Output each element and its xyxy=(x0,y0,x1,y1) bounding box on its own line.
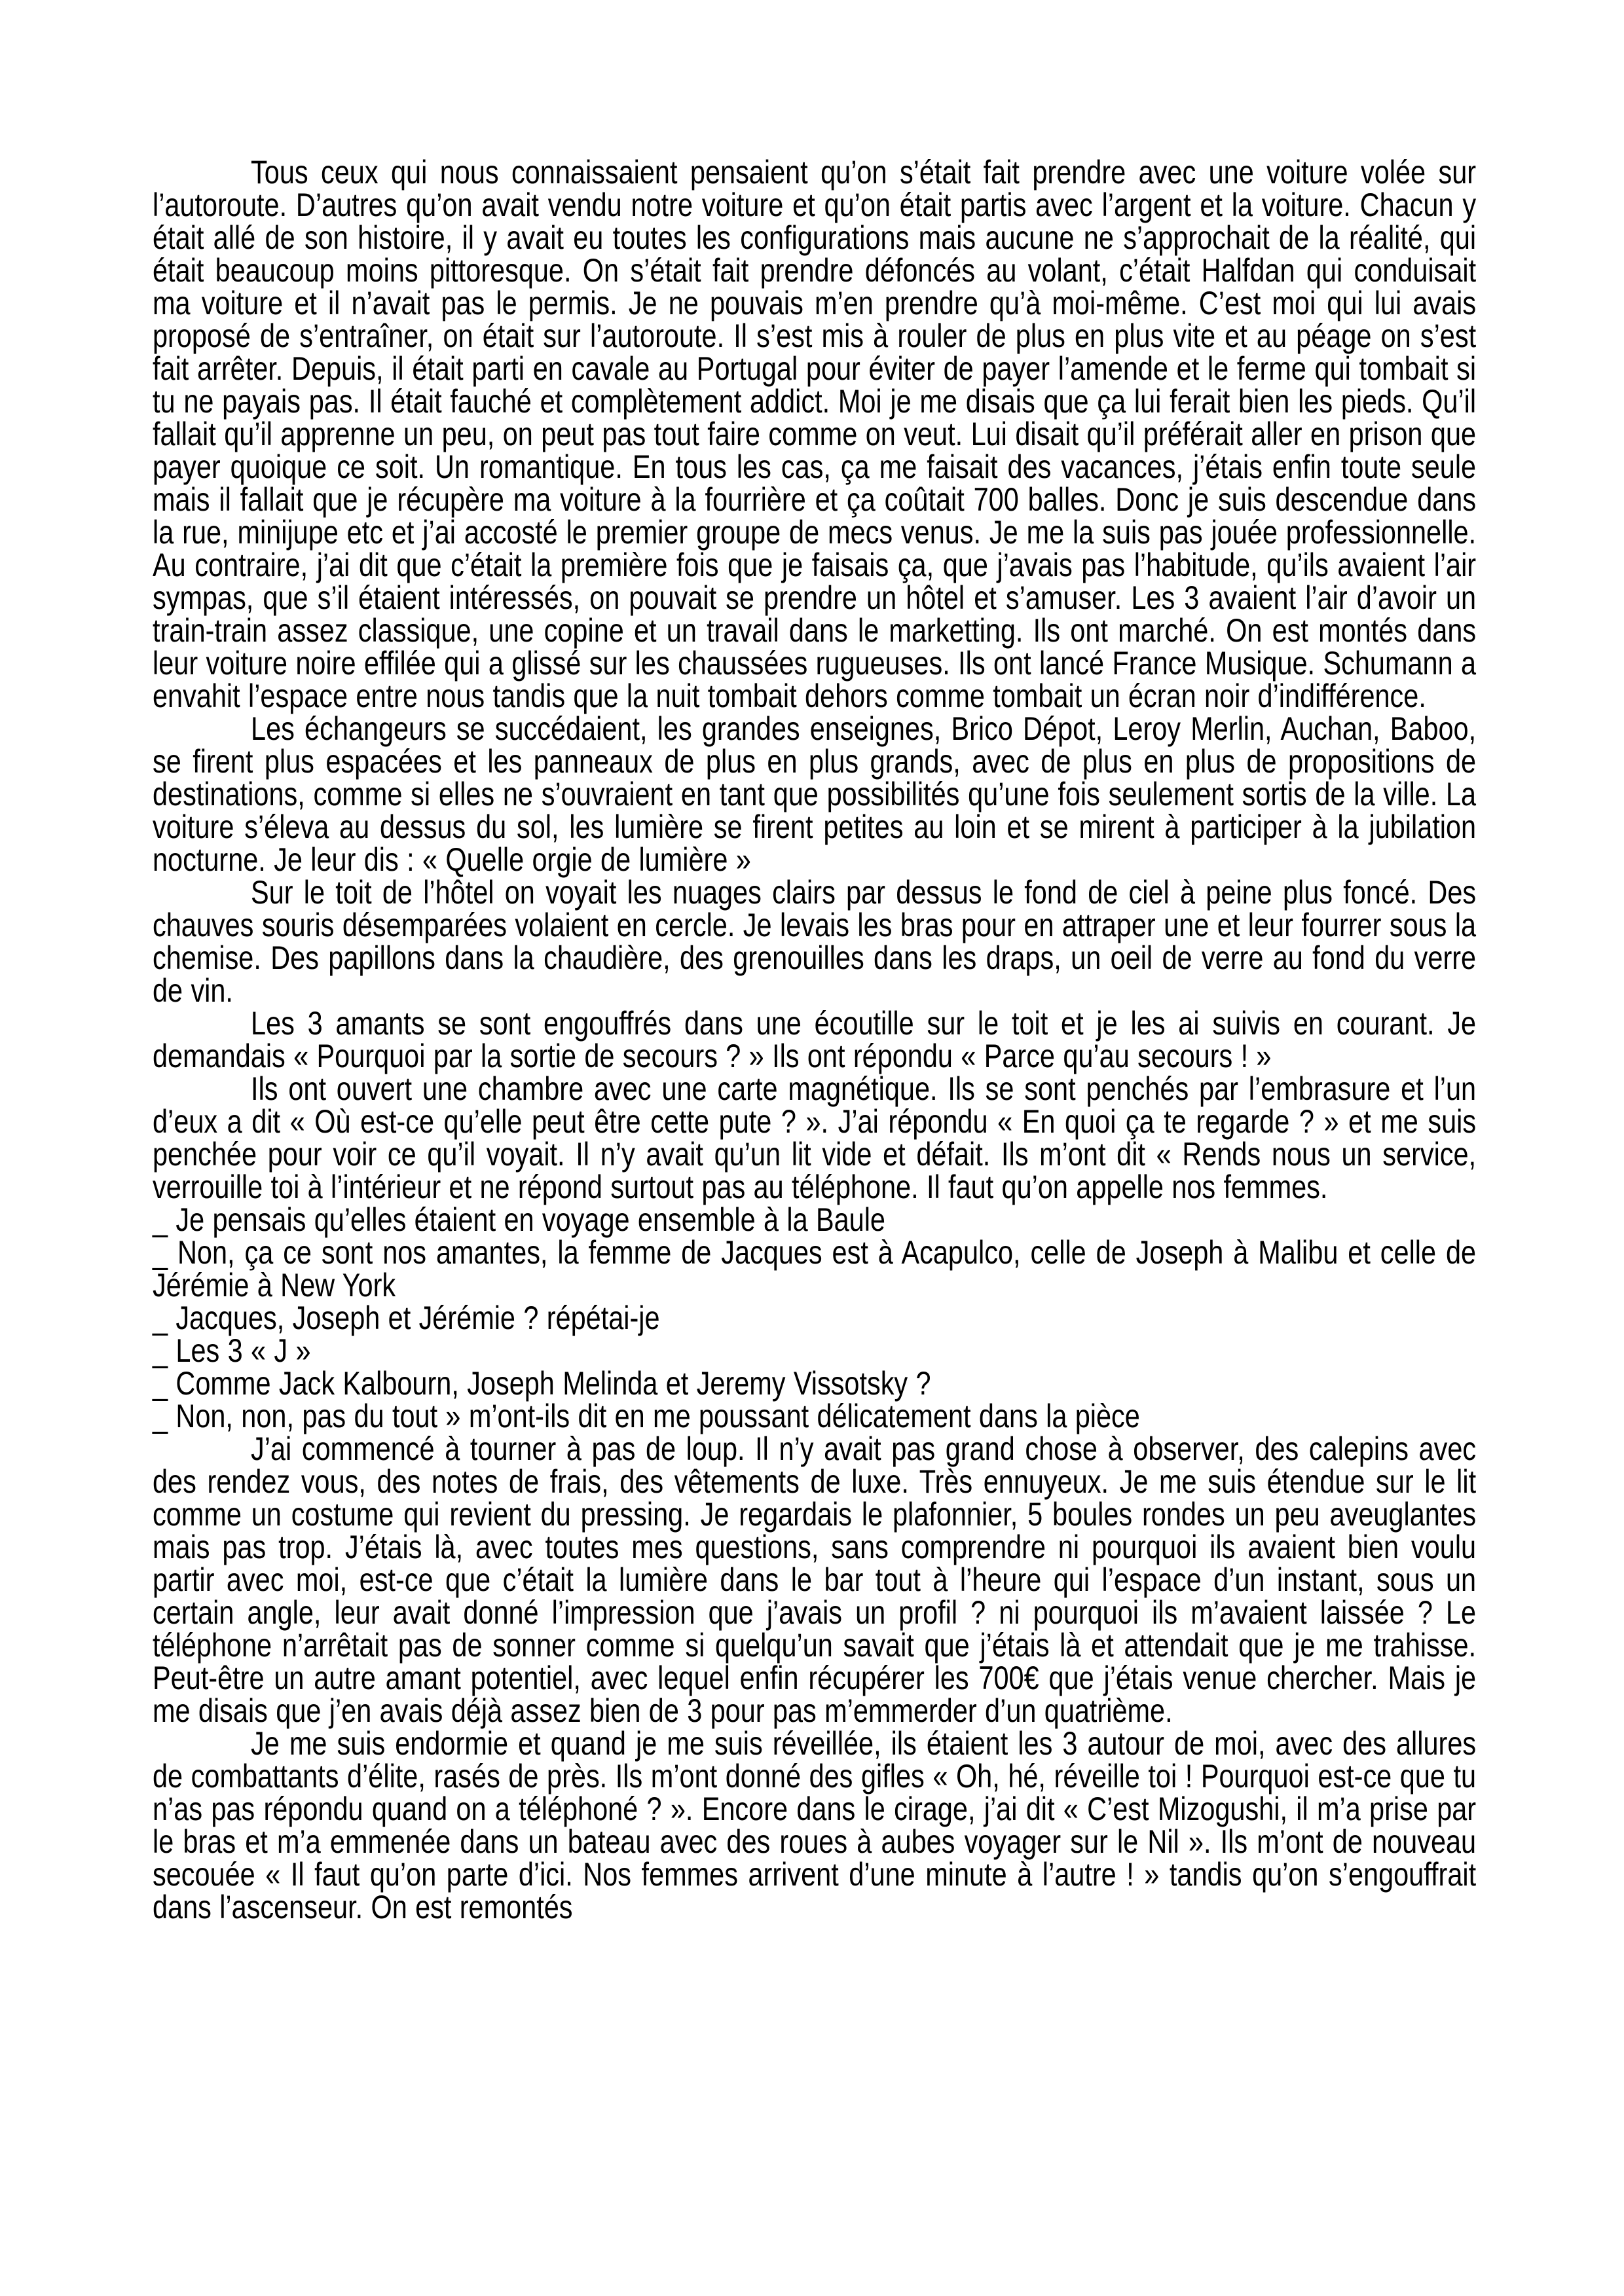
paragraph: Tous ceux qui nous connaissaient pensaie… xyxy=(153,156,1476,712)
dialogue-line: _ Comme Jack Kalbourn, Joseph Melinda et… xyxy=(153,1367,1476,1400)
dialogue-line: _ Je pensais qu’elles étaient en voyage … xyxy=(153,1203,1476,1236)
paragraph: Sur le toit de l’hôtel on voyait les nua… xyxy=(153,876,1476,1007)
document-body: Tous ceux qui nous connaissaient pensaie… xyxy=(153,156,1476,1923)
paragraph: Je me suis endormie et quand je me suis … xyxy=(153,1727,1476,1923)
dialogue-line: _ Non, ça ce sont nos amantes, la femme … xyxy=(153,1236,1476,1302)
paragraph: J’ai commencé à tourner à pas de loup. I… xyxy=(153,1432,1476,1727)
paragraph: Les 3 amants se sont engouffrés dans une… xyxy=(153,1007,1476,1072)
paragraph: Les échangeurs se succédaient, les grand… xyxy=(153,712,1476,876)
dialogue-line: _ Jacques, Joseph et Jérémie ? répétai-j… xyxy=(153,1302,1476,1334)
paragraph: Ils ont ouvert une chambre avec une cart… xyxy=(153,1072,1476,1203)
dialogue-line: _ Les 3 « J » xyxy=(153,1334,1476,1367)
dialogue-line: _ Non, non, pas du tout » m’ont-ils dit … xyxy=(153,1400,1476,1432)
document-page: Tous ceux qui nous connaissaient pensaie… xyxy=(0,0,1624,2296)
